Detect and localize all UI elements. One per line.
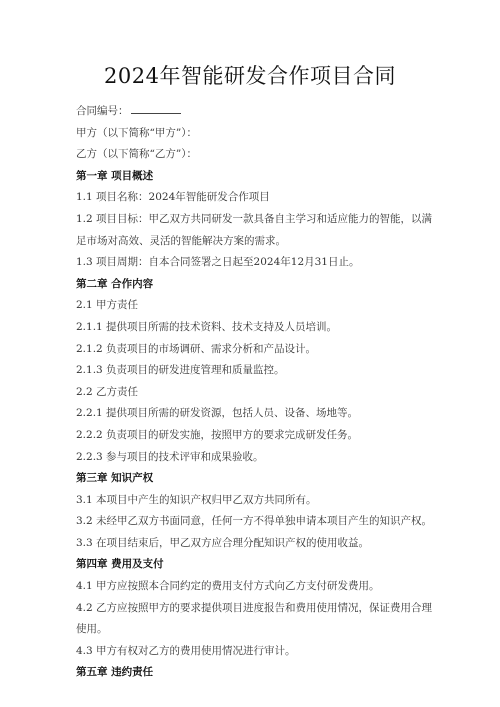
contract-number-label: 合同编号： — [76, 105, 129, 117]
clause: 3.2 未经甲乙双方书面同意，任何一方不得单独申请本项目产生的知识产权。 — [76, 511, 436, 533]
clause: 2.1 甲方责任 — [76, 295, 436, 317]
clause: 2.1.1 提供项目所需的技术资料、技术支持及人员培训。 — [76, 317, 436, 339]
party-b-field: 乙方（以下简称“乙方”）： — [76, 144, 436, 166]
document-body: 合同编号： 甲方（以下简称“甲方”）： 乙方（以下简称“乙方”）： 第一章 项目… — [76, 101, 436, 684]
clause: 2.1.2 负责项目的市场调研、需求分析和产品设计。 — [76, 339, 436, 361]
clause: 2.1.3 负责项目的研发进度管理和质量监控。 — [76, 360, 436, 382]
clause: 4.2 乙方应按照甲方的要求提供项目进度报告和费用使用情况，保证费用合理使用。 — [76, 598, 436, 641]
clause: 4.1 甲方应按照本合同约定的费用支付方式向乙方支付研发费用。 — [76, 576, 436, 598]
chapter-heading: 第五章 违约责任 — [76, 662, 436, 684]
clause: 1.3 项目周期：自本合同签署之日起至2024年12月31日止。 — [76, 252, 436, 274]
document-page: 2024年智能研发合作项目合同 合同编号： 甲方（以下简称“甲方”）： 乙方（以… — [0, 0, 500, 707]
clause: 3.1 本项目中产生的知识产权归甲乙双方共同所有。 — [76, 490, 436, 512]
party-a-field: 甲方（以下简称“甲方”）： — [76, 123, 436, 145]
clause: 4.3 甲方有权对乙方的费用使用情况进行审计。 — [76, 641, 436, 663]
contract-number-field: 合同编号： — [76, 101, 436, 123]
clause: 2.2.3 参与项目的技术评审和成果验收。 — [76, 447, 436, 469]
clause: 3.3 在项目结束后，甲乙双方应合理分配知识产权的使用收益。 — [76, 533, 436, 555]
contract-number-blank — [131, 103, 181, 114]
chapter-heading: 第三章 知识产权 — [76, 468, 436, 490]
clause: 2.2.2 负责项目的研发实施，按照甲方的要求完成研发任务。 — [76, 425, 436, 447]
chapter-heading: 第二章 合作内容 — [76, 274, 436, 296]
clause: 1.1 项目名称：2024年智能研发合作项目 — [76, 187, 436, 209]
chapter-heading: 第一章 项目概述 — [76, 166, 436, 188]
clause: 1.2 项目目标：甲乙双方共同研发一款具备自主学习和适应能力的智能，以满足市场对… — [76, 209, 436, 252]
clause: 2.2.1 提供项目所需的研发资源，包括人员、设备、场地等。 — [76, 403, 436, 425]
chapter-heading: 第四章 费用及支付 — [76, 554, 436, 576]
clause: 2.2 乙方责任 — [76, 382, 436, 404]
document-title: 2024年智能研发合作项目合同 — [0, 60, 500, 90]
